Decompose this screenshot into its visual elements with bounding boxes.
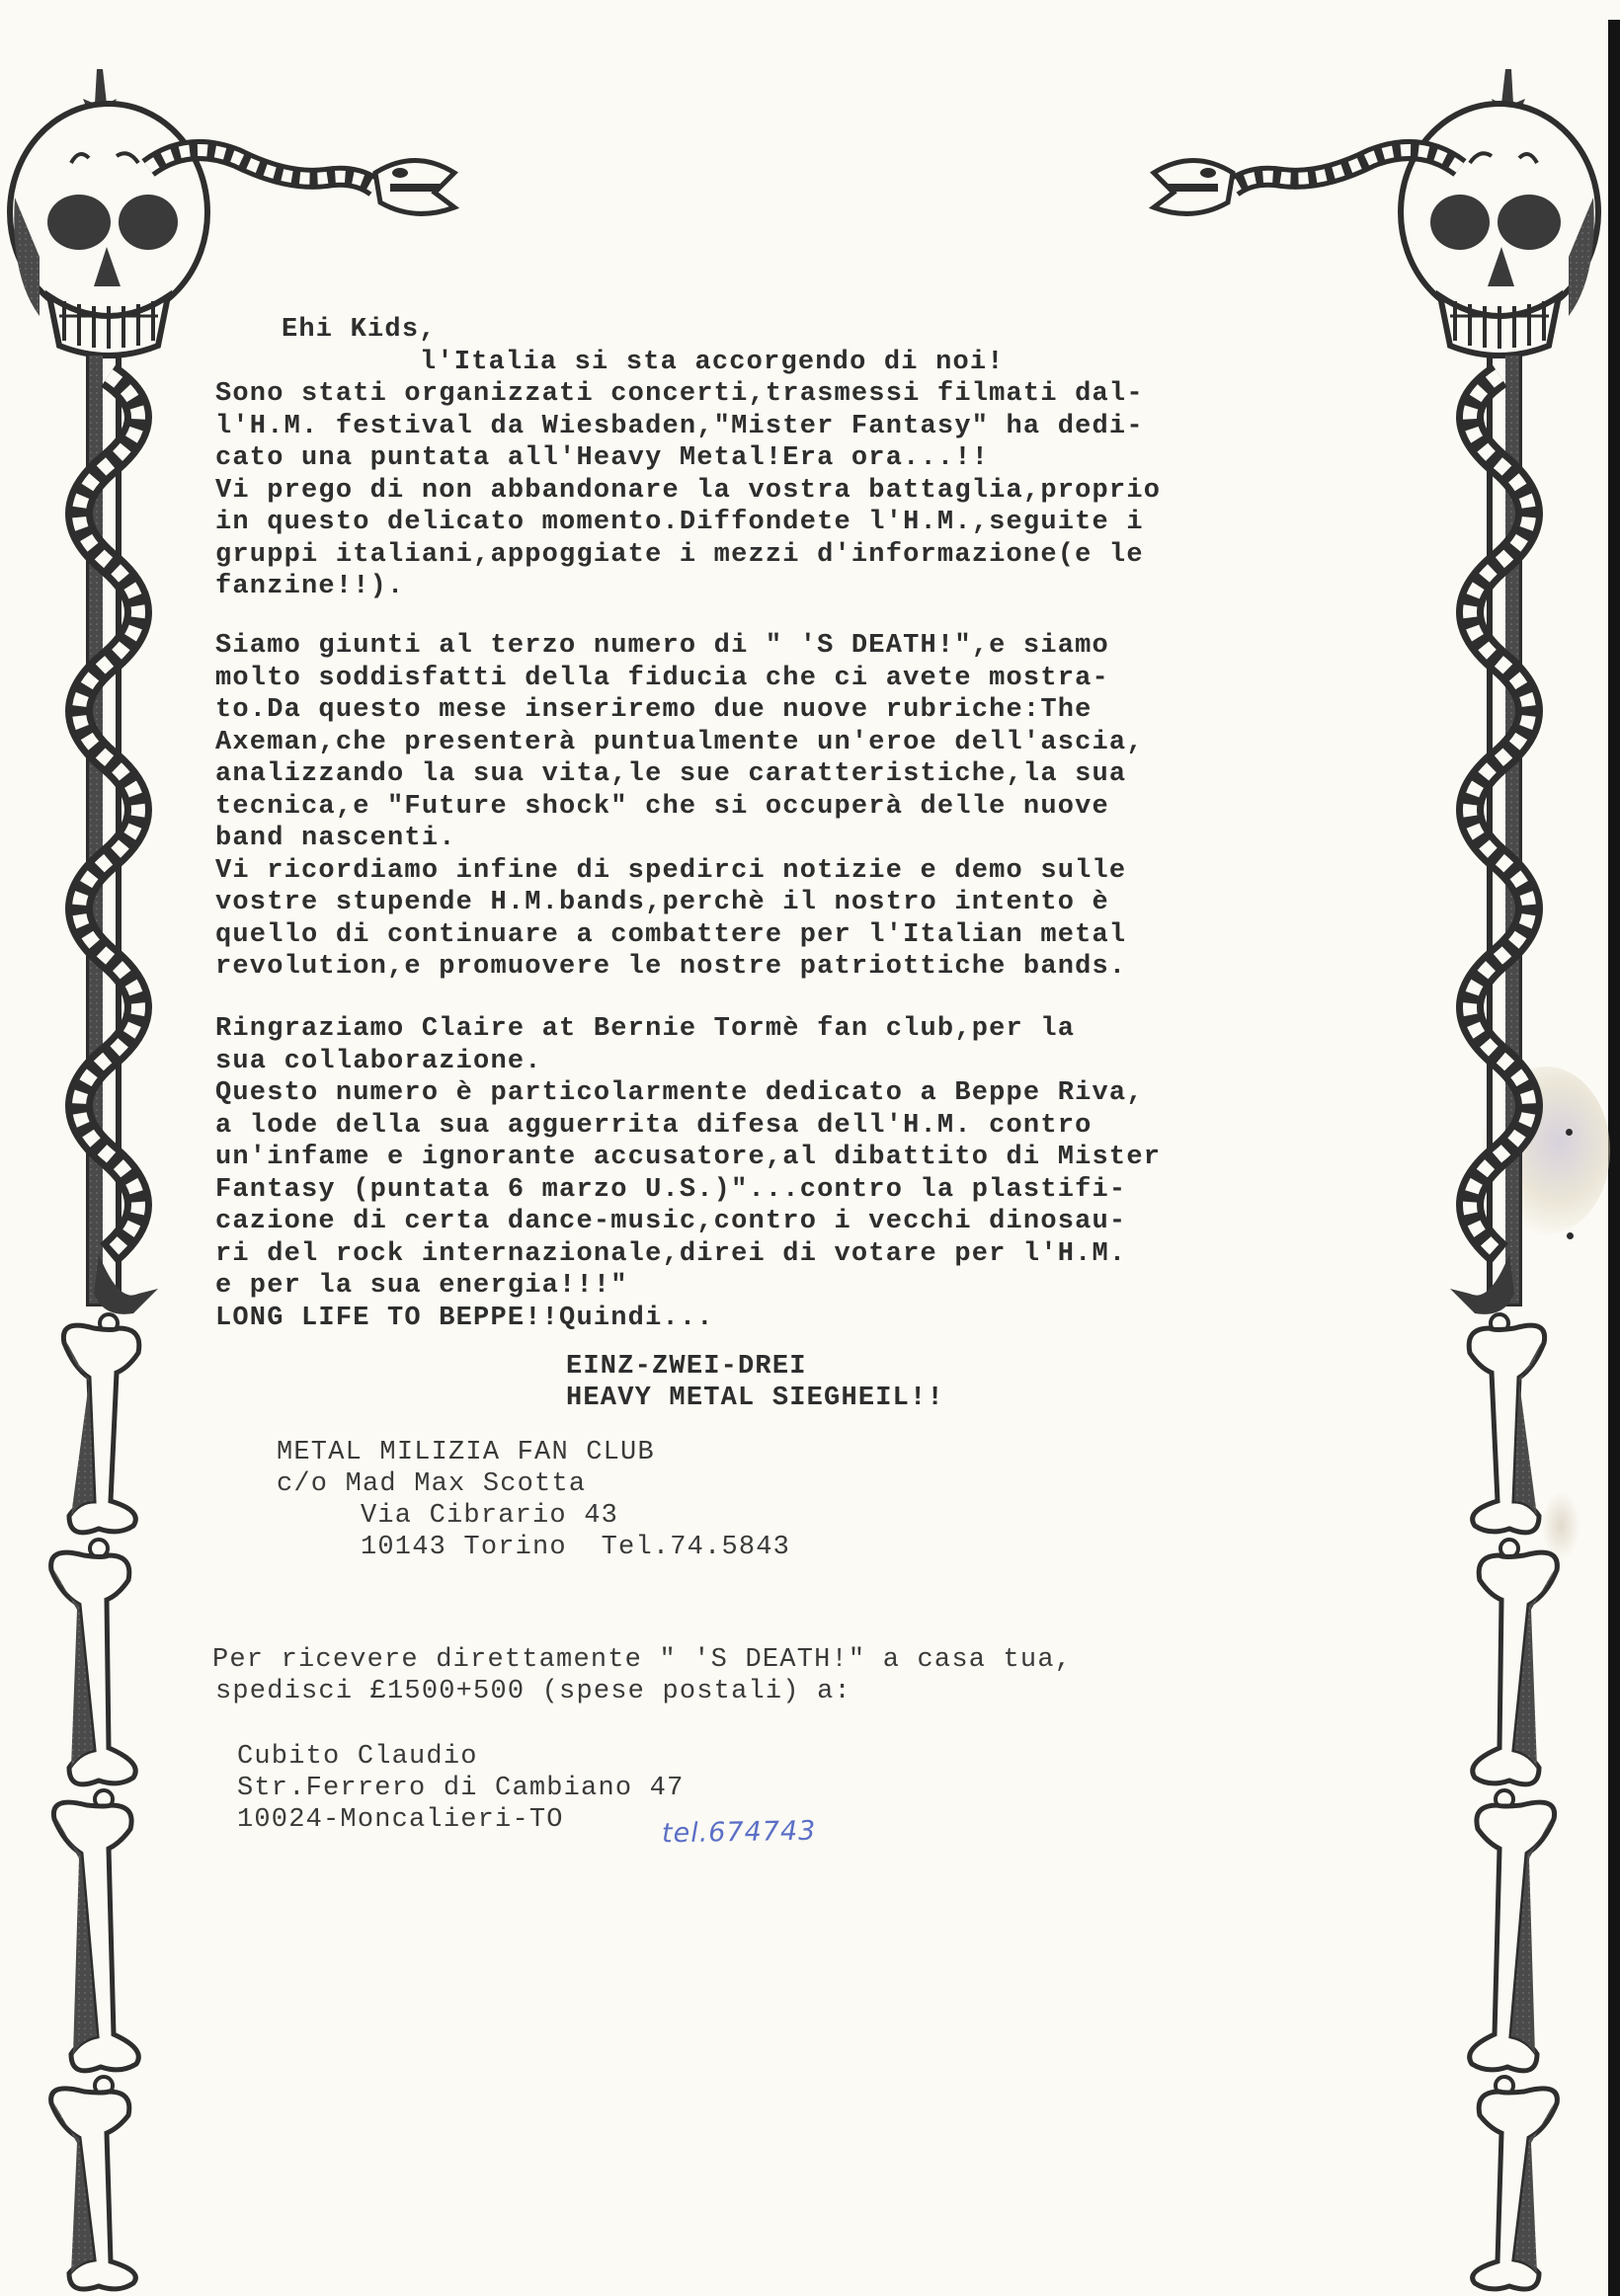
- bone-icon: [1470, 1790, 1555, 2071]
- bone-icon: [1469, 1314, 1544, 1533]
- slogan-line: HEAVY METAL SIEGHEIL!!: [566, 1383, 944, 1414]
- text-line: a lode della sua agguerrita difesa dell'…: [215, 1110, 1093, 1142]
- text-line: tecnica,e "Future shock" che si occuperà…: [215, 791, 1109, 823]
- text-line: gruppi italiani,appoggiate i mezzi d'inf…: [215, 539, 1144, 571]
- bone-icon: [51, 2077, 136, 2289]
- letter-body: Ehi Kids, l'Italia si sta accorgendo di …: [0, 0, 1620, 741]
- subscription-address-line: Cubito Claudio: [237, 1741, 478, 1773]
- subscription-line: Per ricevere direttamente " 'S DEATH!" a…: [212, 1644, 1072, 1676]
- text-line: Questo numero è particolarmente dedicato…: [215, 1077, 1144, 1109]
- fan-club-address-line: Via Cibrario 43: [361, 1500, 618, 1532]
- bone-icon: [63, 1314, 138, 1533]
- text-line: analizzando la sua vita,le sue caratteri…: [215, 758, 1126, 790]
- text-line: revolution,e promuovere le nostre patrio…: [215, 951, 1126, 983]
- subscription-address-line: Str.Ferrero di Cambiano 47: [237, 1773, 684, 1804]
- text-line: in questo delicato momento.Diffondete l'…: [215, 507, 1144, 538]
- text-line: sua collaborazione.: [215, 1046, 542, 1077]
- bone-icon: [1473, 1540, 1558, 1784]
- text-line: fanzine!!).: [215, 571, 404, 602]
- fan-club-phone: 10143 Torino Tel.74.5843: [361, 1532, 790, 1563]
- text-line: Siamo giunti al terzo numero di " 'S DEA…: [215, 630, 1109, 662]
- bone-icon: [51, 1540, 136, 1784]
- text-line: e per la sua energia!!!": [215, 1270, 628, 1302]
- fan-club-name: METAL MILIZIA FAN CLUB: [277, 1437, 655, 1468]
- text-line: LONG LIFE TO BEPPE!!Quindi...: [215, 1303, 714, 1334]
- text-line: Fantasy (puntata 6 marzo U.S.)"...contro…: [215, 1174, 1126, 1206]
- subscription-address-line: 10024-Moncalieri-TO: [237, 1804, 564, 1836]
- handwritten-phone-note: tel.674743: [662, 1816, 817, 1850]
- text-line: Axeman,che presenterà puntualmente un'er…: [215, 727, 1144, 758]
- text-line: cazione di certa dance-music,contro i ve…: [215, 1206, 1126, 1237]
- text-line: band nascenti.: [215, 823, 456, 854]
- fan-club-address-line: c/o Mad Max Scotta: [277, 1468, 586, 1500]
- bone-icon: [53, 1790, 138, 2071]
- text-line: molto soddisfatti della fiducia che ci a…: [215, 663, 1109, 694]
- text-line: quello di continuare a combattere per l'…: [215, 919, 1126, 951]
- text-line: Ringraziamo Claire at Bernie Tormè fan c…: [215, 1013, 1075, 1045]
- text-line: to.Da questo mese inseriremo due nuove r…: [215, 694, 1093, 726]
- text-line: un'infame e ignorante accusatore,al diba…: [215, 1142, 1161, 1173]
- text-line: Vi ricordiamo infine di spedirci notizie…: [215, 855, 1126, 887]
- slogan-line: EINZ-ZWEI-DREI: [566, 1351, 807, 1383]
- text-line: Sono stati organizzati concerti,trasmess…: [215, 378, 1144, 410]
- text-line: l'H.M. festival da Wiesbaden,"Mister Fan…: [215, 411, 1144, 442]
- bone-icon: [1473, 2077, 1558, 2289]
- text-line: cato una puntata all'Heavy Metal!Era ora…: [215, 442, 989, 474]
- text-line: ri del rock internazionale,direi di vota…: [215, 1238, 1126, 1270]
- text-line: Vi prego di non abbandonare la vostra ba…: [215, 475, 1161, 507]
- opening-line: l'Italia si sta accorgendo di noi!: [420, 347, 1005, 378]
- text-line: vostre stupende H.M.bands,perchè il nost…: [215, 887, 1109, 918]
- greeting: Ehi Kids,: [282, 314, 437, 346]
- subscription-line: spedisci £1500+500 (spese postali) a:: [215, 1676, 851, 1707]
